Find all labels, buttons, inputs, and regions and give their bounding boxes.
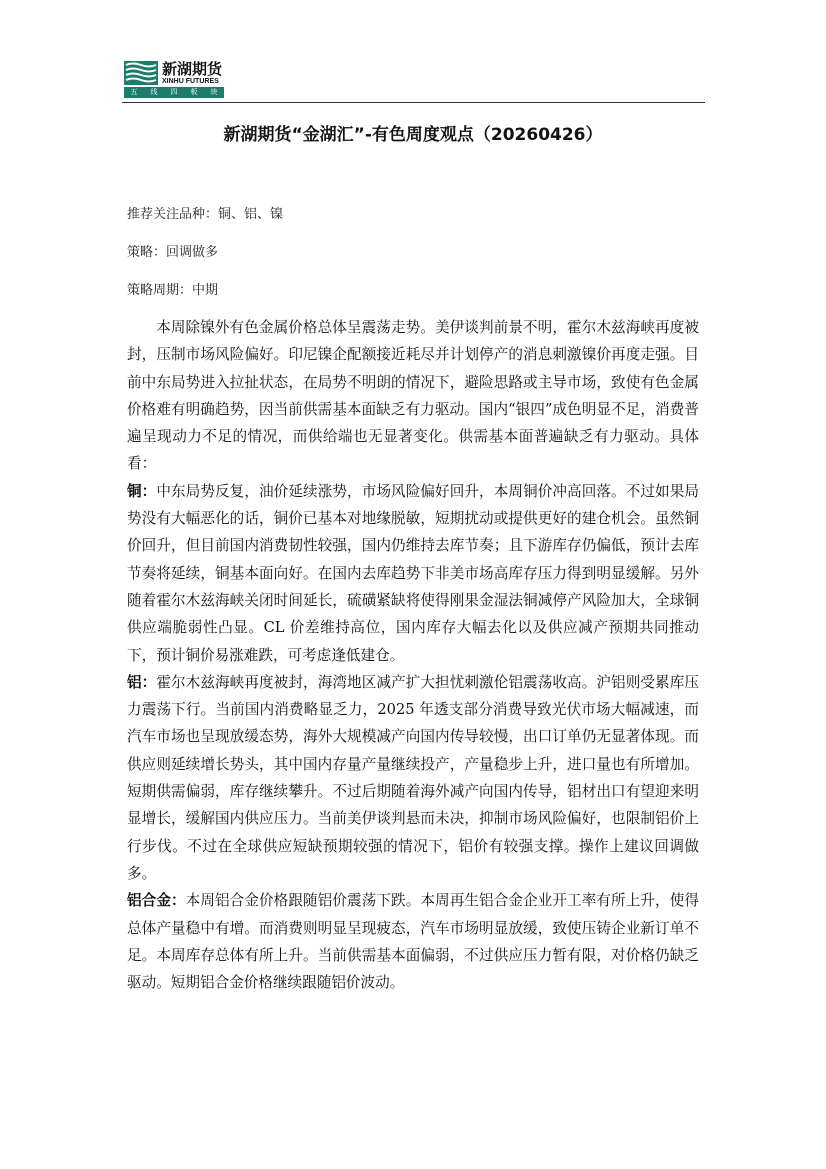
meta-strategy-value: 回调做多 (166, 245, 218, 260)
meta-period-label: 策略周期： (127, 283, 192, 298)
section-aluminum-label: 铝： (127, 674, 156, 691)
logo-tagline-char: 线 (151, 87, 158, 98)
section-aluminum-alloy: 铝合金：本周铝合金价格跟随铝价震荡下跌。本周再生铝合金企业开工率有所上升，使得总… (127, 887, 699, 996)
document-title: 新湖期货“金湖汇”-有色周度观点（20260426） (0, 120, 826, 145)
header-divider (122, 102, 705, 103)
meta-period: 策略周期：中期 (127, 279, 218, 298)
logo-brand-cn: 新湖期货 (162, 62, 222, 77)
section-aluminum-text: 霍尔木兹海峡再度被封，海湾地区减产扩大担忧刺激伦铝震荡收高。沪铝则受累库压力震荡… (127, 674, 699, 882)
logo-tagline-bar: 五 线 四 板 块 (124, 87, 224, 98)
section-copper: 铜：中东局势反复，油价延续涨势，市场风险偏好回升，本周铜价冲高回落。不过如果局势… (127, 478, 699, 669)
section-aluminum-alloy-label: 铝合金： (127, 892, 186, 909)
meta-strategy: 策略：回调做多 (127, 241, 218, 260)
section-copper-label: 铜： (127, 483, 156, 500)
section-aluminum-alloy-text: 本周铝合金价格跟随铝价震荡下跌。本周再生铝合金企业开工率有所上升，使得总体产量稳… (127, 892, 699, 991)
meta-focus-label: 推荐关注品种： (127, 207, 218, 222)
section-aluminum: 铝：霍尔木兹海峡再度被封，海湾地区减产扩大担忧刺激伦铝震荡收高。沪铝则受累库压力… (127, 669, 699, 887)
logo-brand-en: XINHU FUTURES (162, 78, 222, 85)
company-logo: 新湖期货 XINHU FUTURES 五 线 四 板 块 (124, 60, 224, 98)
meta-strategy-label: 策略： (127, 245, 166, 260)
document-body: 本周除镍外有色金属价格总体呈震荡走势。美伊谈判前景不明，霍尔木兹海峡再度被封，压… (127, 314, 699, 996)
overview-paragraph: 本周除镍外有色金属价格总体呈震荡走势。美伊谈判前景不明，霍尔木兹海峡再度被封，压… (127, 314, 699, 478)
meta-focus-value: 铜、铝、镍 (218, 207, 283, 222)
section-copper-text: 中东局势反复，油价延续涨势，市场风险偏好回升，本周铜价冲高回落。不过如果局势没有… (127, 483, 699, 664)
logo-tagline-char: 四 (171, 87, 178, 98)
logo-tagline-char: 板 (191, 87, 198, 98)
meta-period-value: 中期 (192, 283, 218, 298)
logo-tagline-char: 五 (131, 87, 138, 98)
waves-logo-icon (124, 61, 158, 85)
logo-tagline-char: 块 (211, 87, 218, 98)
meta-focus: 推荐关注品种：铜、铝、镍 (127, 203, 283, 222)
